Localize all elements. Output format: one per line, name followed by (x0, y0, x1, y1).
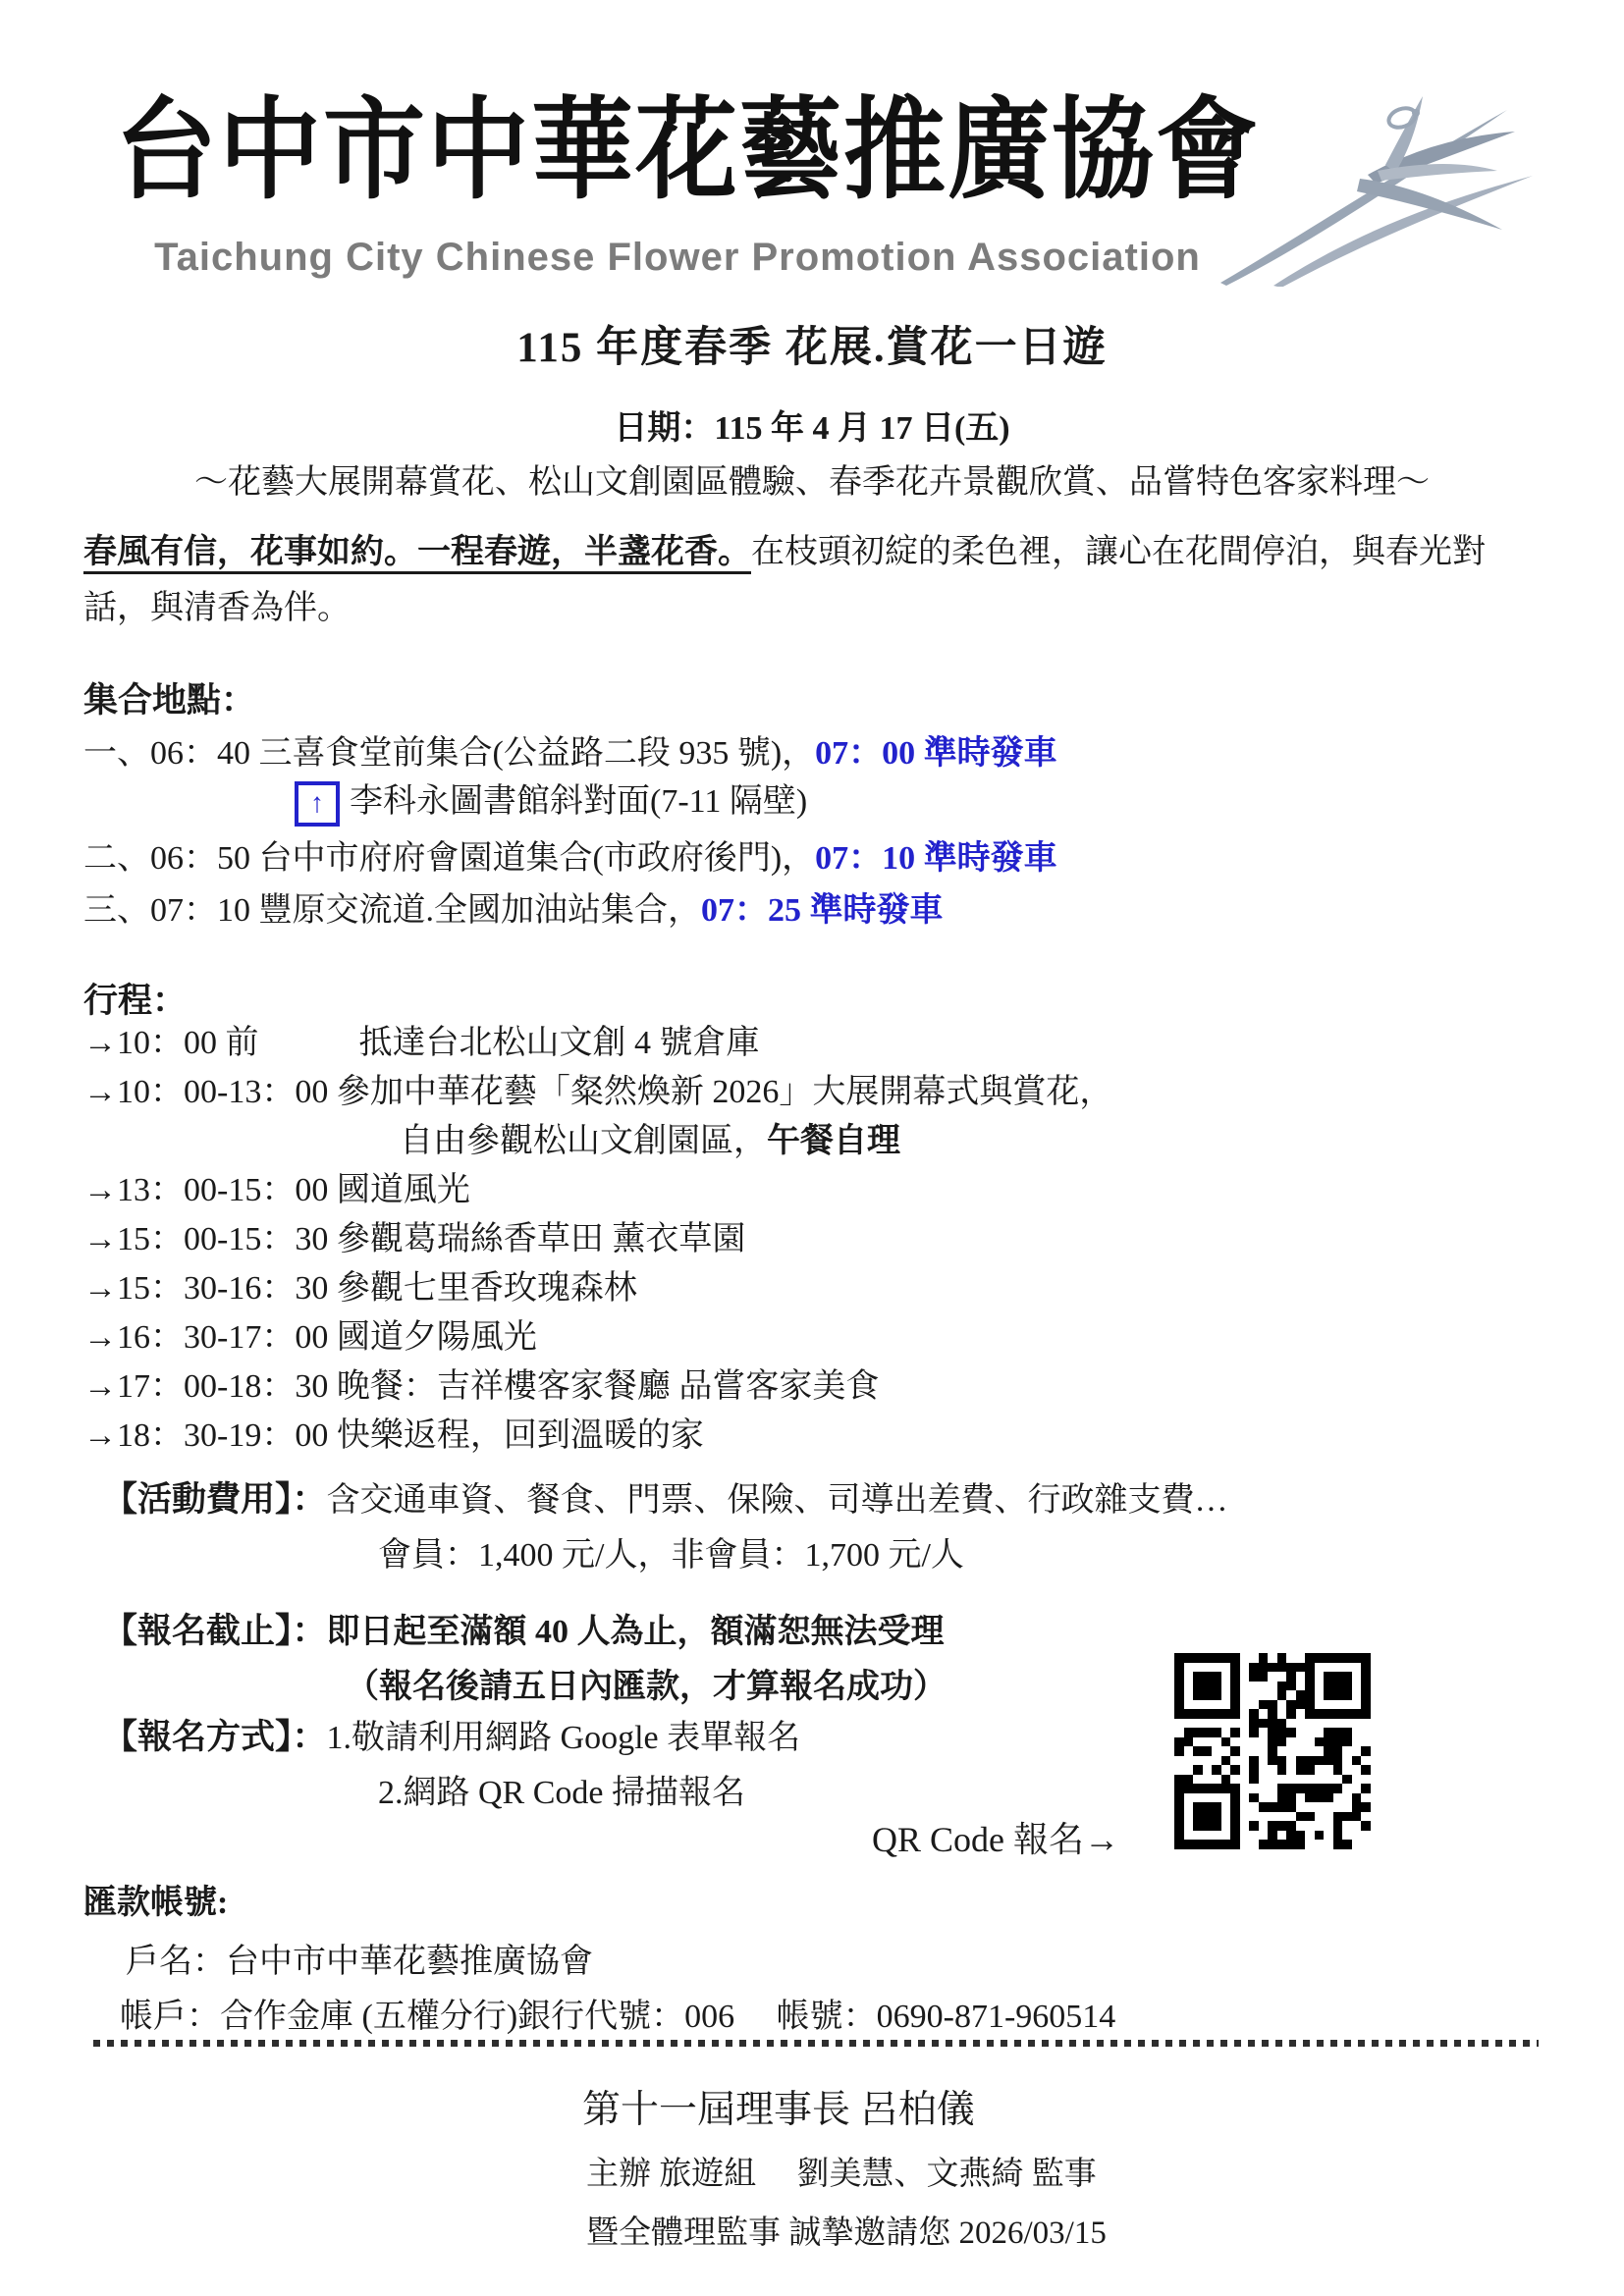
invite-line: 暨全體理監事 誠摯邀請您 2026/03/15 (586, 2207, 1107, 2253)
itinerary-row: →15：30-16：30 參觀七里香玫瑰森林 (83, 1264, 1112, 1313)
method-label: 【報名方式】： (103, 1710, 327, 1759)
free-tour-text: 自由參觀松山文創園區， (400, 1123, 767, 1159)
qr-code (1174, 1653, 1371, 1849)
itinerary-row: →13：00-15：00 國道風光 (83, 1166, 1112, 1215)
account-heading: 匯款帳號: (83, 1875, 228, 1923)
meeting-item-3-departure: 07：25 準時發車 (701, 892, 944, 929)
fees-includes: 含交通車資、餐食、門票、保險、司導出差費、行政雜支費… (327, 1472, 1228, 1521)
itinerary-row: →18：30-19：00 快樂返程，回到溫暖的家 (83, 1412, 1112, 1461)
meeting-item-2: 二、06：50 台中市府府會園道集合(市政府後門)，07：10 準時發車 (83, 830, 1057, 879)
meeting-item-3: 三、07：10 豐原交流道.全國加油站集合，07：25 準時發車 (83, 882, 944, 931)
method-step-2: 2.網路 QR Code 掃描報名 (378, 1765, 745, 1813)
itinerary-row: →10：00-13：00 參加中華花藝「粲然煥新 2026」大展開幕式與賞花， (83, 1068, 1112, 1117)
meeting-heading: 集合地點： (83, 673, 255, 722)
deadline-label: 【報名截止】： (103, 1604, 327, 1653)
up-arrow-icon: ↑ (295, 781, 340, 827)
itinerary-row: →17：00-18：30 晚餐：吉祥樓客家餐廳 品嘗客家美食 (83, 1362, 1112, 1412)
itinerary-row-free-tour: 自由參觀松山文創園區，午餐自理 (83, 1117, 1112, 1166)
itinerary-row: →15：00-15：30 參觀葛瑞絲香草田 薰衣草園 (83, 1215, 1112, 1264)
meeting-item-1-departure: 07：00 準時發車 (815, 735, 1057, 772)
chairman-line: 第十一屆理事長 呂柏儀 (582, 2079, 975, 2134)
meeting-item-2-text: 二、06：50 台中市府府會園道集合(市政府後門)， (83, 840, 815, 877)
event-title: 115 年度春季 花展.賞花一日遊 (0, 314, 1624, 374)
deadline-text: 即日起至滿額 40 人為止，額滿恕無法受理 (327, 1604, 945, 1652)
event-subtitle: ～花藝大展開幕賞花、松山文創園區體驗、春季花卉景觀欣賞、品嘗特色客家料理～ (0, 454, 1624, 503)
intro-highlight: 春風有信，花事如約。一程春遊，半盞花香。 (83, 534, 751, 570)
meeting-item-2-departure: 07：10 準時發車 (815, 840, 1057, 877)
account-name: 戶名：台中市中華花藝推廣協會 (126, 1934, 593, 1982)
meeting-item-1: 一、06：40 三喜食堂前集合(公益路二段 935 號)，07：00 準時發車 (83, 725, 1057, 774)
association-calligraphy-logo: 台中市中華花藝推廣協會 (108, 61, 1267, 220)
meeting-item-1-note-text: 李科永圖書館斜對面(7-11 隔壁) (350, 783, 807, 820)
itinerary-row: →10：00 前 抵達台北松山文創 4 號倉庫 (83, 1019, 1112, 1068)
deadline-note: （報名後請五日內匯款，才算報名成功） (346, 1659, 947, 1707)
fees-row: 【活動費用】：含交通車資、餐食、門票、保險、司導出差費、行政雜支費… (103, 1472, 1228, 1522)
itinerary-list: →10：00 前 抵達台北松山文創 4 號倉庫 →10：00-13：00 參加中… (83, 1019, 1112, 1461)
fees-label: 【活動費用】： (103, 1472, 327, 1522)
account-bank: 帳戶：合作金庫 (五權分行)銀行代號：006 帳號：0690-871-96051… (120, 1989, 1115, 2037)
method-row: 【報名方式】：1.敬請利用網路 Google 表單報名 (103, 1710, 800, 1759)
meeting-item-1-note: ↑李科永圖書館斜對面(7-11 隔壁) (295, 774, 807, 827)
itinerary-row: →16：30-17：00 國道夕陽風光 (83, 1313, 1112, 1362)
dotted-divider (93, 2040, 1539, 2047)
deadline-row: 【報名截止】：即日起至滿額 40 人為止，額滿恕無法受理 (103, 1604, 945, 1653)
intro-paragraph: 春風有信，花事如約。一程春遊，半盞花香。在枝頭初綻的柔色裡，讓心在花間停泊，與春… (83, 524, 1544, 636)
meeting-item-1-text: 一、06：40 三喜食堂前集合(公益路二段 935 號)， (83, 735, 815, 772)
event-date: 日期：115 年 4 月 17 日(五) (0, 400, 1624, 449)
lunch-on-own-text: 午餐自理 (767, 1123, 900, 1159)
meeting-item-3-text: 三、07：10 豐原交流道.全國加油站集合， (83, 892, 701, 929)
organizer-line: 主辦 旅遊組 劉美慧、文燕綺 監事 (586, 2148, 1097, 2194)
fees-prices: 會員：1,400 元/人，非會員：1,700 元/人 (378, 1527, 964, 1575)
flyer-page: 台中市中華花藝推廣協會 Taichung City Chinese Flower… (0, 0, 1624, 2296)
itinerary-heading: 行程： (83, 974, 187, 1023)
qr-code-label: QR Code 報名→ (872, 1812, 1119, 1862)
method-step-1: 1.敬請利用網路 Google 表單報名 (327, 1710, 801, 1758)
ink-grass-icon (1213, 80, 1542, 292)
association-english-name: Taichung City Chinese Flower Promotion A… (128, 236, 1227, 280)
